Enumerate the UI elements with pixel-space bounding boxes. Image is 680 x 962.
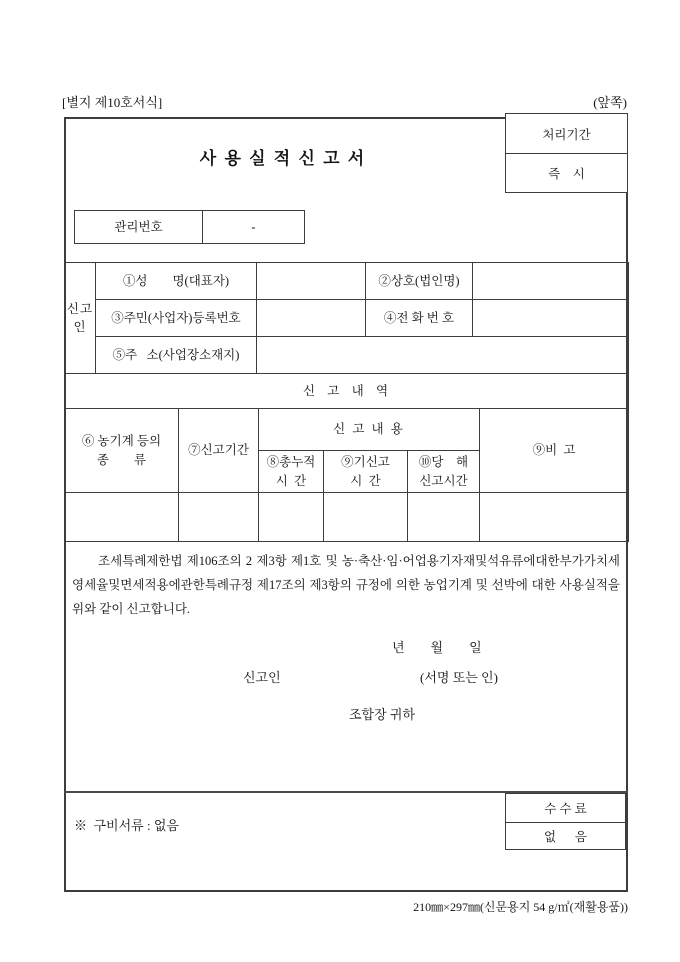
management-number-box: 관리번호 - xyxy=(74,210,305,244)
processing-time-box: 처리기간 즉 시 xyxy=(505,113,628,193)
col-machine-type: ⑥ 농기계 등의 종 류 xyxy=(65,409,179,493)
field-name-label: ①성 명(대표자) xyxy=(96,263,257,300)
entry-cell-period xyxy=(179,493,259,542)
col-report-content-group: 신 고 내 용 xyxy=(259,409,480,451)
col-current-report-hours: ⑩당 해 신고시간 xyxy=(408,451,480,493)
management-number-value: - xyxy=(203,211,305,244)
entry-cell-current xyxy=(408,493,480,542)
field-regno-label: ③주민(사업자)등록번호 xyxy=(96,300,257,337)
paper-spec-footer: 210㎜×297㎜(신문용지 54 g/㎡(재활용품)) xyxy=(228,898,628,915)
field-company-value xyxy=(473,263,629,300)
form-reference: [별지 제10호서식] xyxy=(62,92,162,111)
fee-label: 수 수 료 xyxy=(506,794,625,823)
processing-time-value: 즉 시 xyxy=(506,154,627,192)
processing-time-label: 처리기간 xyxy=(506,114,627,154)
col-note: ⑨비 고 xyxy=(480,409,629,493)
field-name-value xyxy=(257,263,366,300)
signer-label: 신고인 xyxy=(243,667,281,686)
reporter-table: 신고 인 ①성 명(대표자) ②상호(법인명) ③주민(사업자)등록번호 ④전 … xyxy=(64,262,629,374)
field-phone-value xyxy=(473,300,629,337)
entry-cell-machine xyxy=(65,493,179,542)
entry-cell-cumulative xyxy=(259,493,324,542)
field-address-label: ⑤주 소(사업장소재지) xyxy=(96,337,257,374)
entry-cell-note xyxy=(480,493,629,542)
field-regno-value xyxy=(257,300,366,337)
date-line: 년 월 일 xyxy=(392,637,482,656)
form-title: 사 용 실 적 신 고 서 xyxy=(163,144,403,169)
side-note: (앞쪽) xyxy=(525,92,627,111)
form-page: [별지 제10호서식] (앞쪽) 처리기간 즉 시 사 용 실 적 신 고 서 … xyxy=(0,0,680,962)
field-address-value xyxy=(257,337,629,374)
col-report-period: ⑦신고기간 xyxy=(179,409,259,493)
fee-box: 수 수 료 없 음 xyxy=(505,793,626,850)
signature-note: (서명 또는 인) xyxy=(420,667,498,686)
field-company-label: ②상호(법인명) xyxy=(366,263,473,300)
reporter-group-label: 신고 인 xyxy=(65,263,96,374)
field-phone-label: ④전 화 번 호 xyxy=(366,300,473,337)
entry-cell-prior xyxy=(324,493,408,542)
recipient-line: 조합장 귀하 xyxy=(349,704,415,723)
fee-value: 없 음 xyxy=(506,823,625,849)
management-number-label: 관리번호 xyxy=(75,211,203,244)
attachments-note: ※ 구비서류 : 없음 xyxy=(74,815,179,834)
statement-paragraph: 조세특례제한법 제106조의 2 제3항 제1호 및 농·축산·임·어업용기자재… xyxy=(72,549,620,621)
col-prior-reported-hours: ⑨기신고 시 간 xyxy=(324,451,408,493)
col-cumulative-hours: ⑧총누적 시 간 xyxy=(259,451,324,493)
declaration-table: 신 고 내 역 ⑥ 농기계 등의 종 류 ⑦신고기간 신 고 내 용 ⑨비 고 … xyxy=(64,373,629,542)
declaration-section-title: 신 고 내 역 xyxy=(65,374,629,409)
